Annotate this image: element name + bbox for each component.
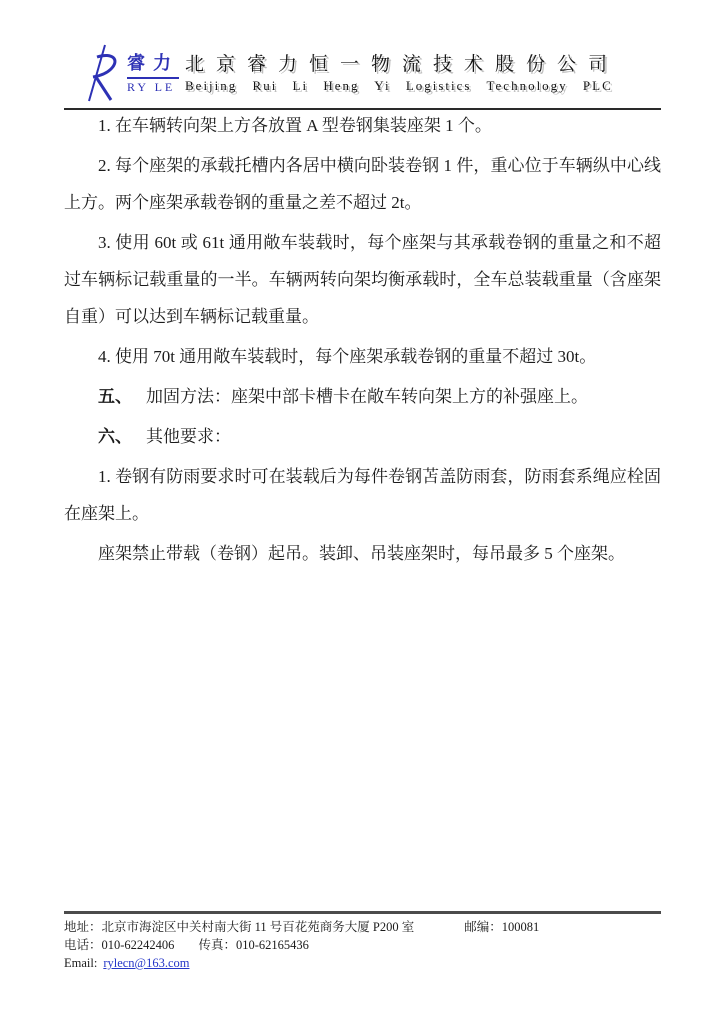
fax-value: 010-62165436: [236, 938, 309, 952]
section-number: 五、: [98, 387, 132, 406]
logo-name-en: RY LE: [127, 79, 179, 95]
paragraph-text: 座架禁止带载（卷钢）起吊。装卸、吊装座架时，每吊最多 5 个座架。: [98, 544, 625, 563]
paragraph-item-8: 座架禁止带载（卷钢）起吊。装卸、吊装座架时，每吊最多 5 个座架。: [64, 535, 661, 572]
address-label: 地址：: [64, 920, 102, 934]
company-logo: 睿力 RY LE: [80, 44, 179, 102]
address-value: 北京市海淀区中关村南大街 11 号百花苑商务大厦 P200 室: [102, 920, 415, 934]
paragraph-item-2: 2. 每个座架的承载托槽内各居中横向卧装卷钢 1 件，重心位于车辆纵中心线上方。…: [64, 147, 661, 221]
fax-label: 传真：: [198, 938, 236, 952]
paragraph-item-4: 4. 使用 70t 通用敞车装载时，每个座架承载卷钢的重量不超过 30t。: [64, 338, 661, 375]
paragraph-text: 其他要求：: [146, 427, 231, 446]
company-name-en: Beijing Rui Li Heng Yi Logistics Technol…: [185, 78, 619, 94]
logo-text: 睿力 RY LE: [127, 49, 179, 95]
logo-r-icon: [80, 44, 124, 102]
paragraph-item-1: 1. 在车辆转向架上方各放置 A 型卷钢集装座架 1 个。: [64, 107, 661, 144]
postcode-value: 100081: [502, 920, 540, 934]
paragraph-text: 3. 使用 60t 或 61t 通用敞车装载时，每个座架与其承载卷钢的重量之和不…: [64, 233, 661, 326]
footer: 地址：北京市海淀区中关村南大街 11 号百花苑商务大厦 P200 室邮编：100…: [64, 911, 661, 972]
postcode-label: 邮编：: [464, 920, 502, 934]
email-label: Email:: [64, 956, 97, 970]
phone-label: 电话：: [64, 938, 102, 952]
footer-phone-line: 电话：010-62242406传真：010-62165436: [64, 936, 661, 954]
paragraph-section-5: 五、加固方法：座架中部卡槽卡在敞车转向架上方的补强座上。: [64, 378, 661, 415]
company-name-block: 北京睿力恒一物流技术股份公司 Beijing Rui Li Heng Yi Lo…: [185, 49, 619, 94]
paragraph-text: 2. 每个座架的承载托槽内各居中横向卧装卷钢 1 件，重心位于车辆纵中心线上方。…: [64, 156, 661, 212]
document-page: 睿力 RY LE 北京睿力恒一物流技术股份公司 Beijing Rui Li H…: [0, 0, 725, 1024]
paragraph-text: 1. 在车辆转向架上方各放置 A 型卷钢集装座架 1 个。: [98, 116, 492, 135]
section-number: 六、: [98, 427, 132, 446]
footer-email-line: Email:rylecn@163.com: [64, 954, 661, 972]
paragraph-text: 加固方法：座架中部卡槽卡在敞车转向架上方的补强座上。: [146, 387, 588, 406]
paragraph-item-3: 3. 使用 60t 或 61t 通用敞车装载时，每个座架与其承载卷钢的重量之和不…: [64, 224, 661, 335]
email-link[interactable]: rylecn@163.com: [103, 956, 189, 970]
letterhead: 睿力 RY LE 北京睿力恒一物流技术股份公司 Beijing Rui Li H…: [64, 44, 661, 102]
company-name-zh: 北京睿力恒一物流技术股份公司: [185, 49, 619, 76]
footer-address-line: 地址：北京市海淀区中关村南大街 11 号百花苑商务大厦 P200 室邮编：100…: [64, 918, 661, 936]
paragraph-text: 4. 使用 70t 通用敞车装载时，每个座架承载卷钢的重量不超过 30t。: [98, 347, 596, 366]
document-body: 1. 在车辆转向架上方各放置 A 型卷钢集装座架 1 个。 2. 每个座架的承载…: [64, 107, 661, 575]
paragraph-section-6: 六、其他要求：: [64, 418, 661, 455]
phone-value: 010-62242406: [102, 938, 175, 952]
paragraph-item-7: 1. 卷钢有防雨要求时可在装载后为每件卷钢苫盖防雨套，防雨套系绳应栓固在座架上。: [64, 458, 661, 532]
logo-name-zh: 睿力: [127, 49, 179, 79]
paragraph-text: 1. 卷钢有防雨要求时可在装载后为每件卷钢苫盖防雨套，防雨套系绳应栓固在座架上。: [64, 467, 661, 523]
